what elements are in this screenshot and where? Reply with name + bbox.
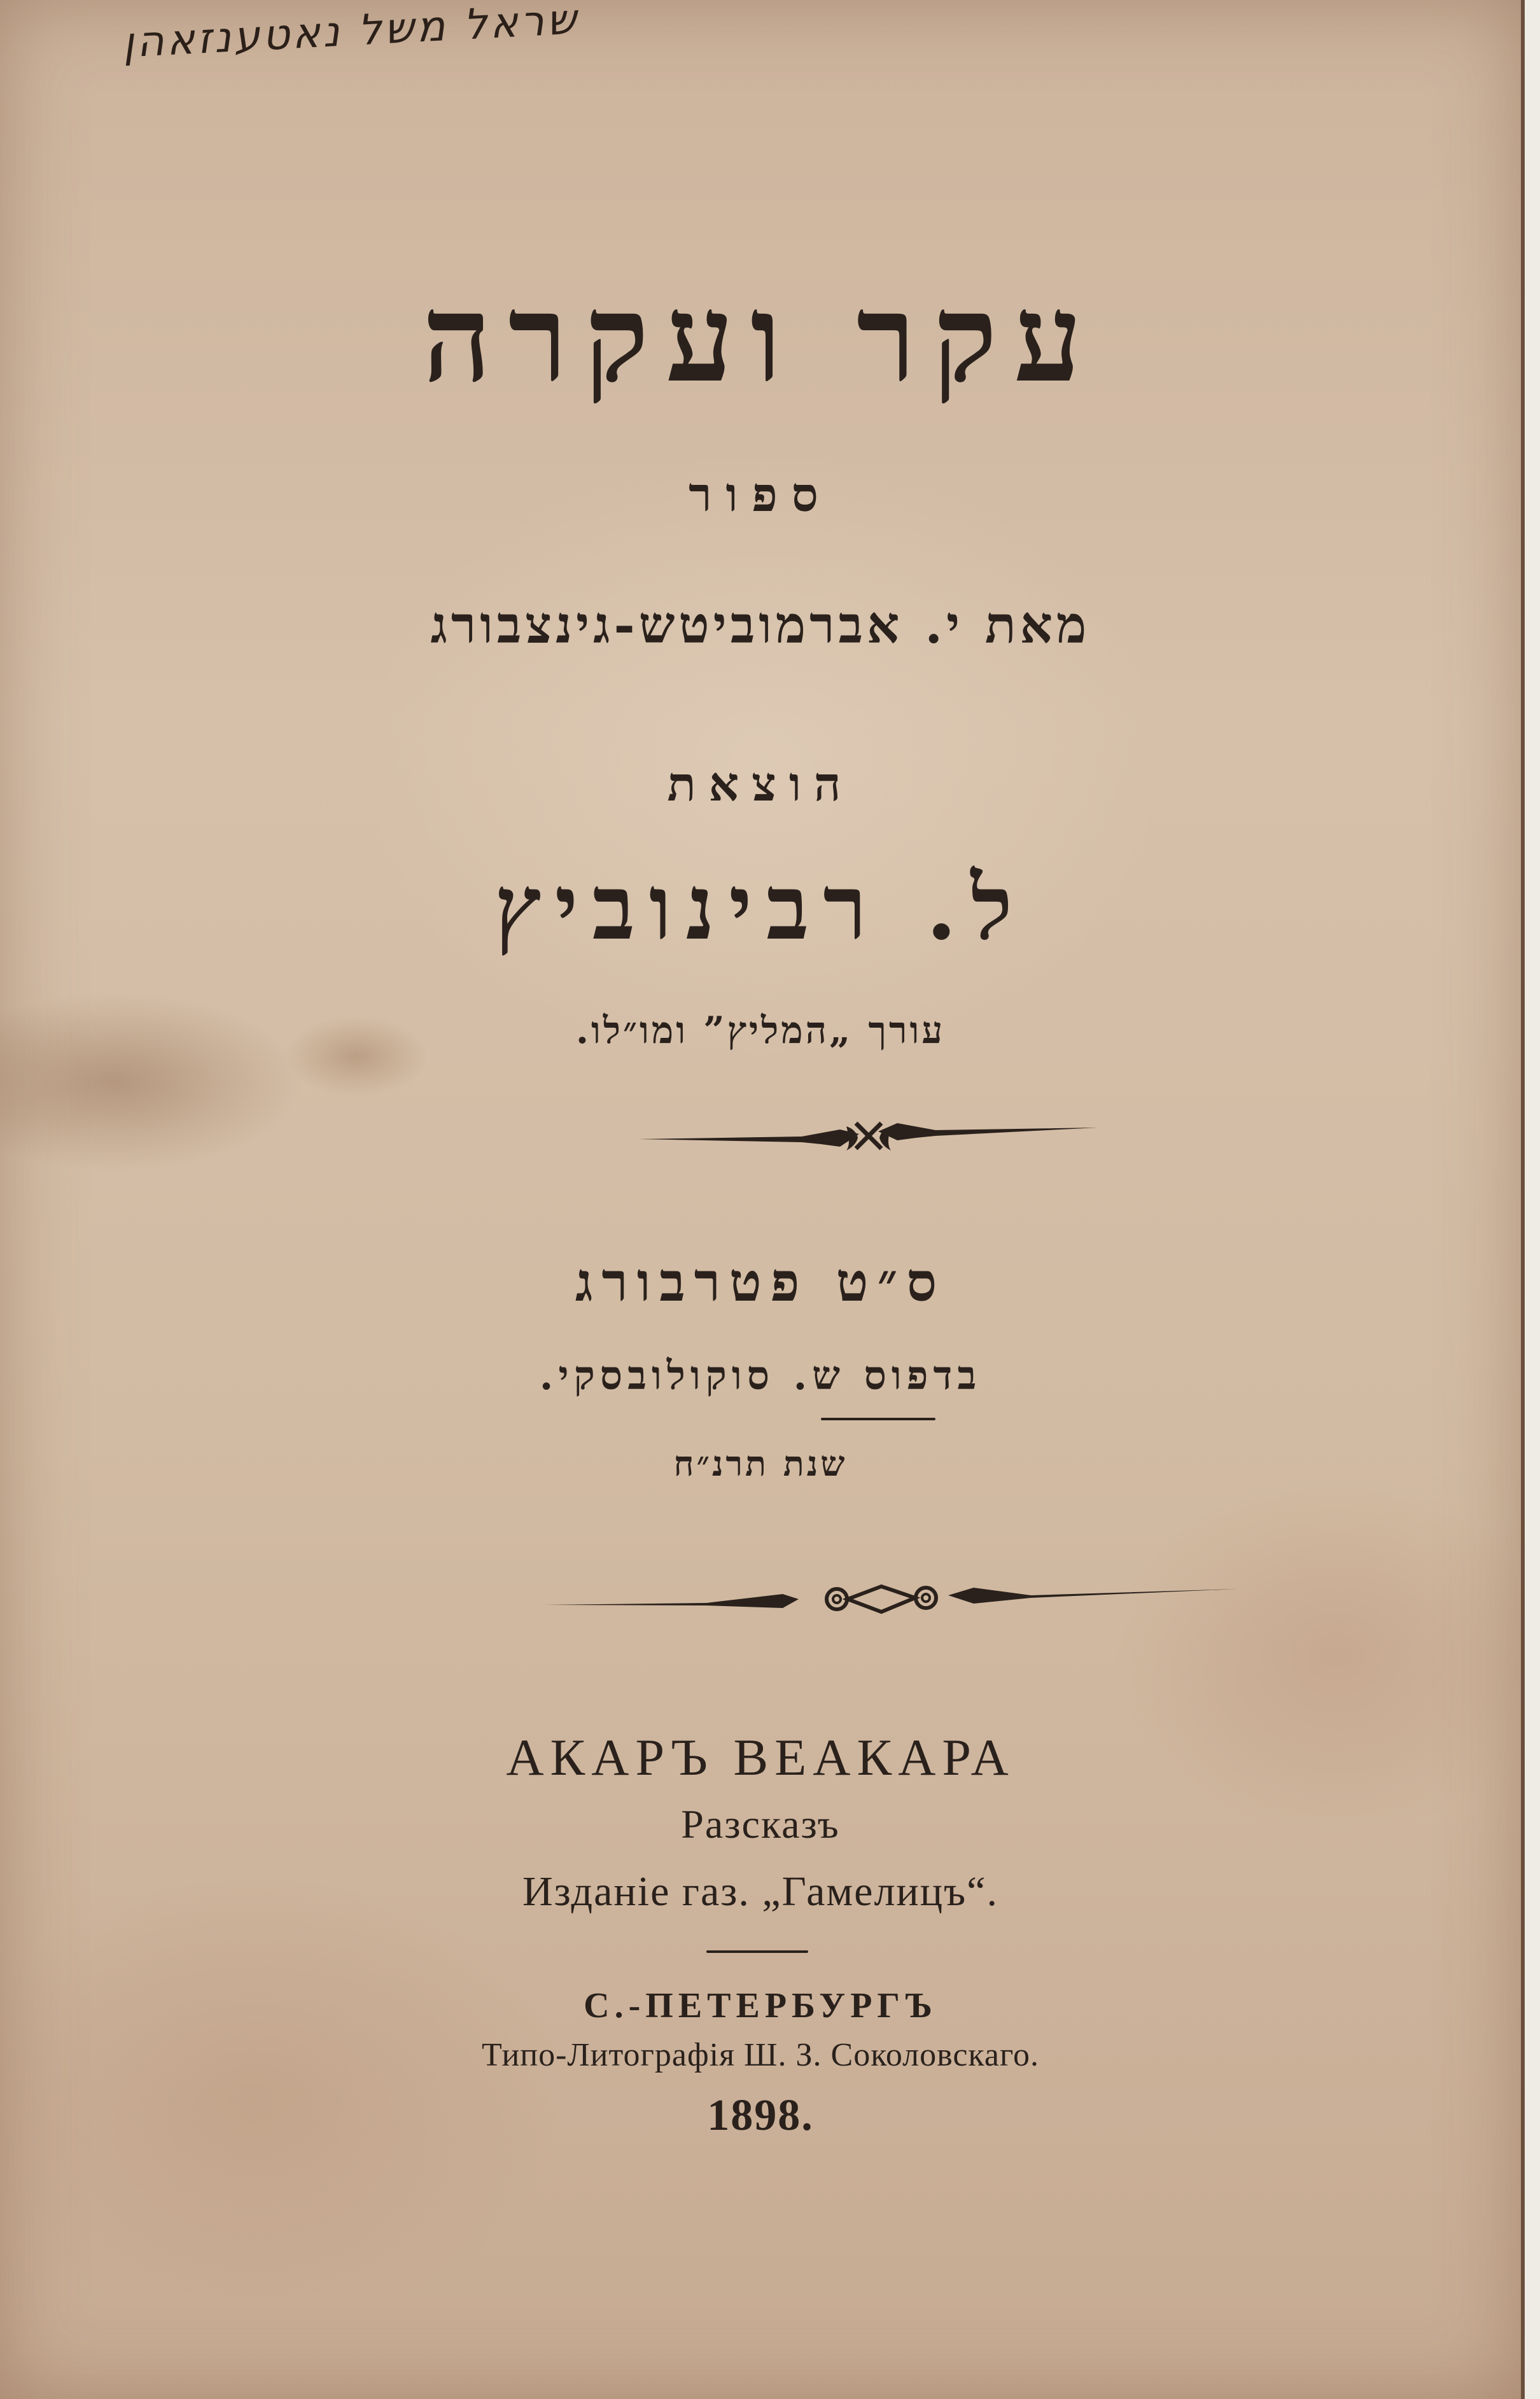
hebrew-title: עקר ועקרה bbox=[0, 267, 1521, 410]
russian-title: АКАРЪ ВЕАКАРА bbox=[0, 1728, 1521, 1787]
hebrew-publisher-role: עורך „המליץ” ומו״לו. bbox=[0, 1009, 1521, 1052]
russian-city: С.-ПЕТЕРБУРГЪ bbox=[0, 1985, 1521, 2026]
russian-short-rule bbox=[706, 1950, 808, 1953]
decorative-divider-bottom bbox=[541, 1575, 1241, 1626]
hebrew-author-line: מאת י. אברמוביטש-גינצבורג bbox=[0, 595, 1521, 655]
handwritten-owner-inscription: שראל משל נאטענזאהן bbox=[120, 0, 580, 67]
russian-printer: Типо-Литографія Ш. З. Соколовскаго. bbox=[0, 2036, 1521, 2074]
russian-edition: Изданіе газ. „Гамелицъ“. bbox=[0, 1868, 1521, 1916]
decorative-divider-top bbox=[636, 1107, 1101, 1165]
hebrew-short-rule bbox=[821, 1418, 935, 1420]
russian-year: 1898. bbox=[0, 2090, 1521, 2141]
hebrew-city: ס״ט פטרבורג bbox=[0, 1250, 1521, 1314]
hebrew-printer: בדפוס ש. סוקולובסקי. bbox=[0, 1352, 1521, 1399]
hebrew-year: שנת תרנ״ח bbox=[0, 1443, 1521, 1484]
russian-genre: Разсказъ bbox=[0, 1801, 1521, 1848]
title-page: שראל משל נאטענזאהן עקר ועקרה ספור מאת י.… bbox=[0, 0, 1525, 2399]
hebrew-genre: ספור bbox=[0, 468, 1521, 523]
hebrew-publisher-label: הוצאת bbox=[0, 757, 1521, 813]
hebrew-publisher-name: ל. רבינוביץ bbox=[0, 856, 1521, 960]
